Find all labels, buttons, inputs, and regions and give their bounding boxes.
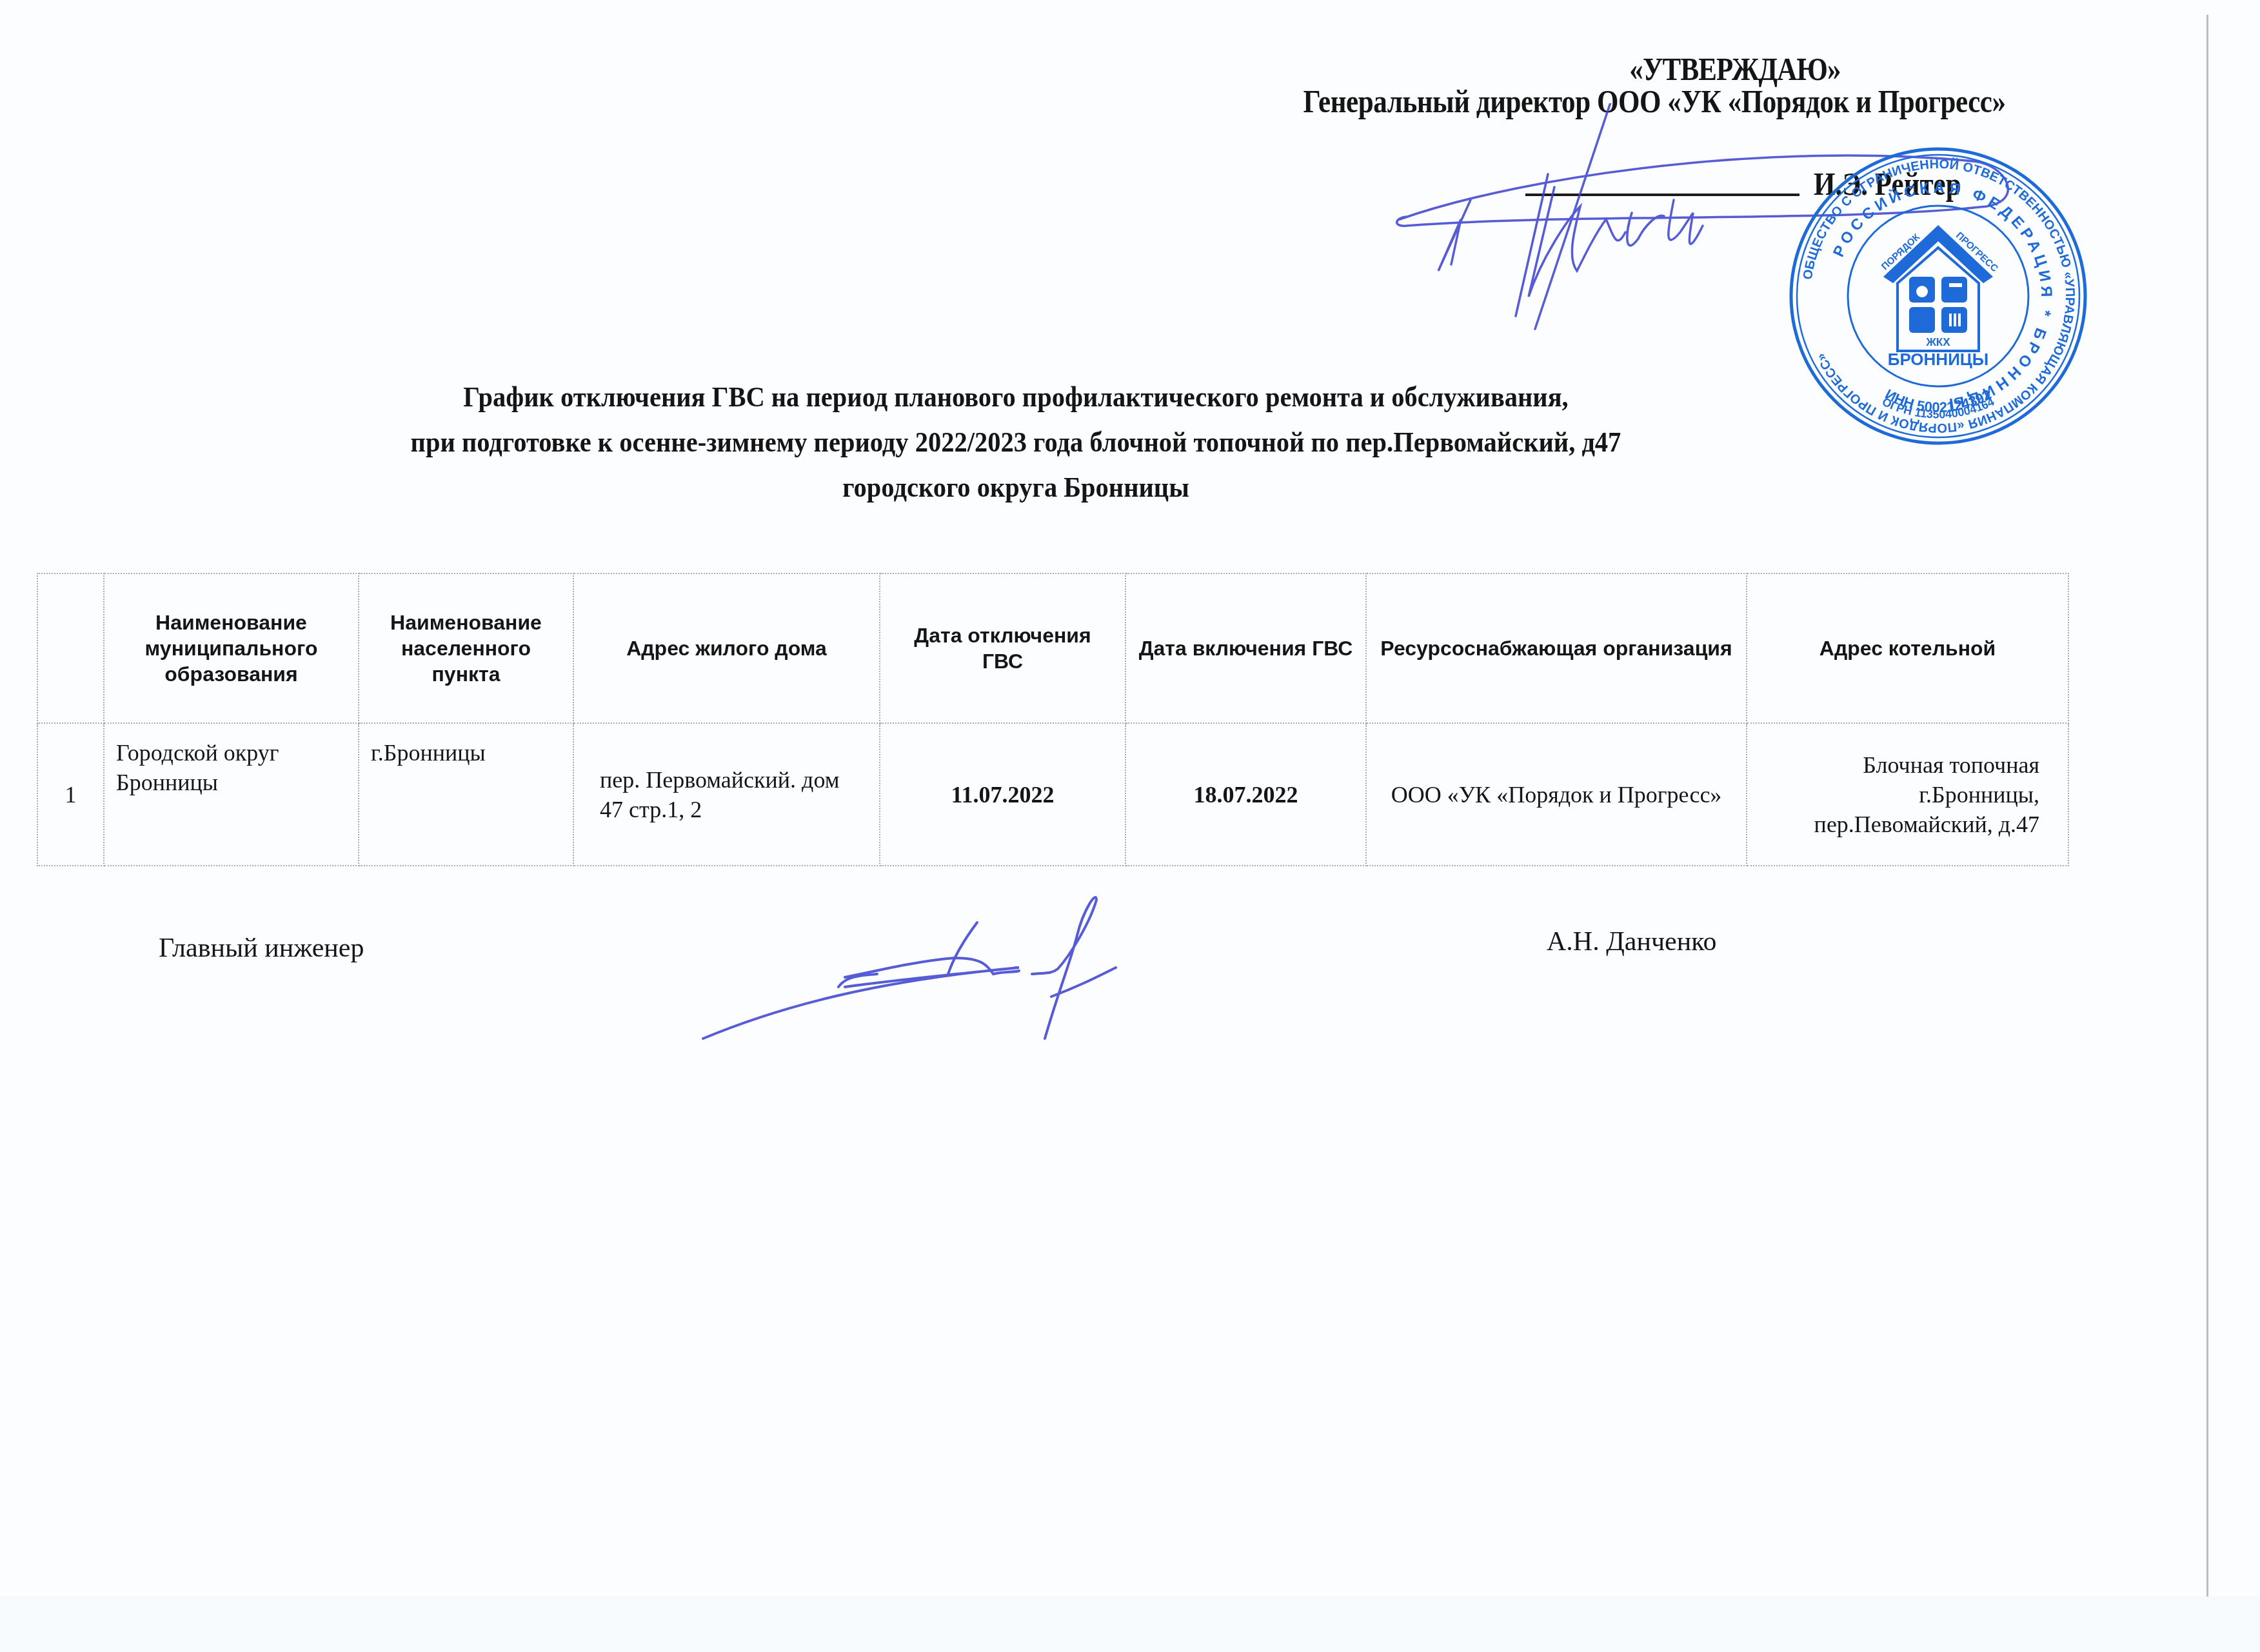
header-off-date: Дата отключения ГВС	[880, 573, 1125, 723]
scan-bottom-band	[0, 1597, 2260, 1652]
cell-supplier: ООО «УК «Порядок и Прогресс»	[1366, 723, 1747, 866]
page-edge-line	[2206, 15, 2208, 1597]
cell-number: 1	[37, 723, 104, 866]
cell-settlement: г.Бронницы	[359, 723, 573, 866]
header-on-date: Дата включения ГВС	[1125, 573, 1366, 723]
cell-on-date: 18.07.2022	[1125, 723, 1366, 866]
title-line-3: городского округа Бронницы	[276, 464, 1756, 510]
svg-text:БРОННИЦЫ: БРОННИЦЫ	[1888, 350, 1989, 369]
header-municipality: Наименование муниципального образования	[104, 573, 359, 723]
cell-house-address: пер. Первомайский. дом 47 стр.1, 2	[573, 723, 880, 866]
engineer-position: Главный инженер	[159, 933, 364, 964]
cell-municipality: Городской округ Бронницы	[104, 723, 359, 866]
svg-text:ЖКХ: ЖКХ	[1925, 336, 1950, 348]
outage-schedule-table: Наименование муниципального образования …	[37, 573, 2069, 866]
svg-text:ОБЩЕСТВО С ОГРАНИЧЕННОЙ ОТВЕТС: ОБЩЕСТВО С ОГРАНИЧЕННОЙ ОТВЕТСТВЕННОСТЬЮ…	[1801, 157, 2077, 435]
title-line-2: при подготовке к осенне-зимнему периоду …	[276, 419, 1756, 464]
engineer-name: А.Н. Данченко	[1547, 926, 1716, 957]
engineer-signature-icon	[684, 884, 1122, 1045]
cell-boiler-address: Блочная топочная г.Бронницы, пер.Певомай…	[1747, 723, 2068, 866]
header-settlement: Наименование населенного пункта	[359, 573, 573, 723]
header-boiler-address: Адрес котельной	[1747, 573, 2068, 723]
document-title: График отключения ГВС на период плановог…	[193, 374, 1838, 510]
header-house-address: Адрес жилого дома	[573, 573, 880, 723]
table-row: 1 Городской округ Бронницы г.Бронницы пе…	[37, 723, 2068, 866]
header-supplier: Ресурсоснабжающая организация	[1366, 573, 1747, 723]
header-number	[37, 573, 104, 723]
cell-off-date: 11.07.2022	[880, 723, 1125, 866]
title-line-1: График отключения ГВС на период плановог…	[276, 374, 1756, 419]
table-header-row: Наименование муниципального образования …	[37, 573, 2068, 723]
